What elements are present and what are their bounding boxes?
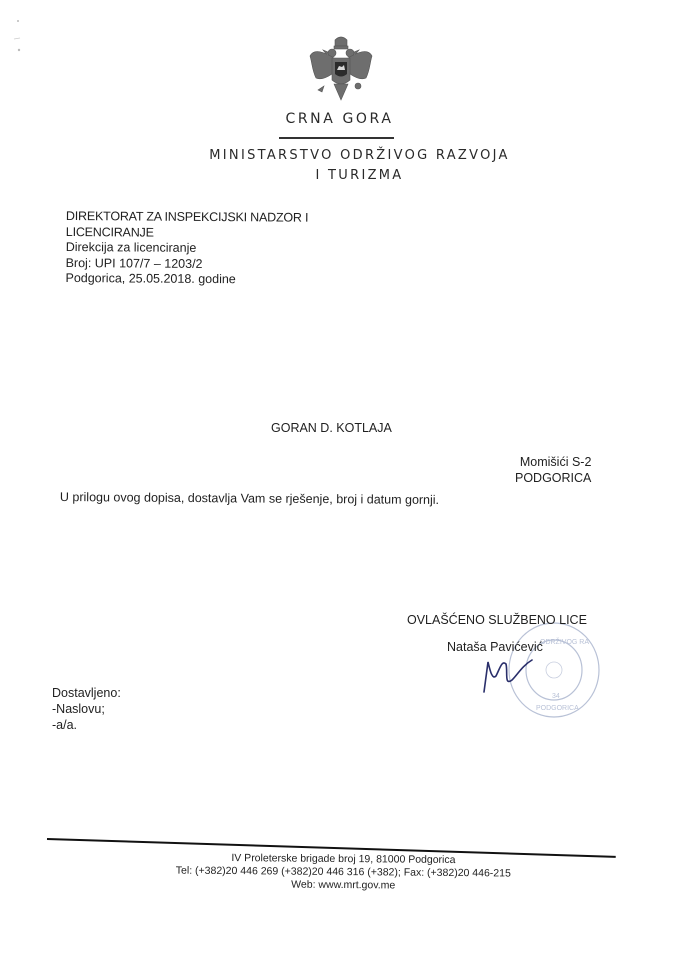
recipient-name: GORAN D. KOTLAJA [271, 421, 392, 435]
handwritten-signature-icon [478, 650, 538, 695]
ministry-name-line1: MINISTARSTVO ODRŽIVOG RAZVOJA [0, 146, 679, 166]
place-and-date: Podgorica, 25.05.2018. godine [65, 271, 307, 288]
delivery-item: -Naslovu; [52, 701, 121, 717]
directorate-line2: LICENCIRANJE [66, 224, 308, 241]
delivery-label: Dostavljeno: [52, 685, 121, 701]
directorate-line1: DIREKTORAT ZA INSPEKCIJSKI NADZOR I [66, 209, 308, 226]
coat-of-arms-icon [306, 34, 376, 106]
footer-contact-block: IV Proleterske brigade broj 19, 81000 Po… [0, 850, 679, 895]
stamp-top-text: ODRŽIVOG RA [540, 637, 589, 646]
recipient-street: Momišići S-2 [515, 455, 591, 471]
stamp-number: 34 [552, 693, 560, 700]
recipient-city: PODGORICA [515, 471, 591, 487]
department-name: Direkcija za licenciranje [66, 240, 308, 257]
delivery-list: Dostavljeno: -Naslovu; -a/a. [52, 685, 121, 733]
recipient-address: Momišići S-2 PODGORICA [515, 455, 591, 486]
letterhead-divider [279, 137, 394, 139]
scan-artifact-marks [8, 15, 22, 55]
official-title: OVLAŠĆENO SLUŽBENO LICE [407, 613, 587, 627]
sender-header-block: DIREKTORAT ZA INSPEKCIJSKI NADZOR I LICE… [65, 209, 308, 288]
reference-number: Broj: UPI 107/7 – 1203/2 [66, 255, 308, 272]
stamp-bottom-text: PODGORICA [536, 705, 579, 712]
ministry-name-line2: I TURIZMA [0, 166, 679, 186]
country-name: CRNA GORA [0, 111, 679, 127]
letter-body: U prilogu ovog dopisa, dostavlja Vam se … [60, 490, 439, 507]
delivery-item: -a/a. [52, 717, 121, 733]
ministry-name: MINISTARSTVO ODRŽIVOG RAZVOJA I TURIZMA [0, 146, 679, 186]
